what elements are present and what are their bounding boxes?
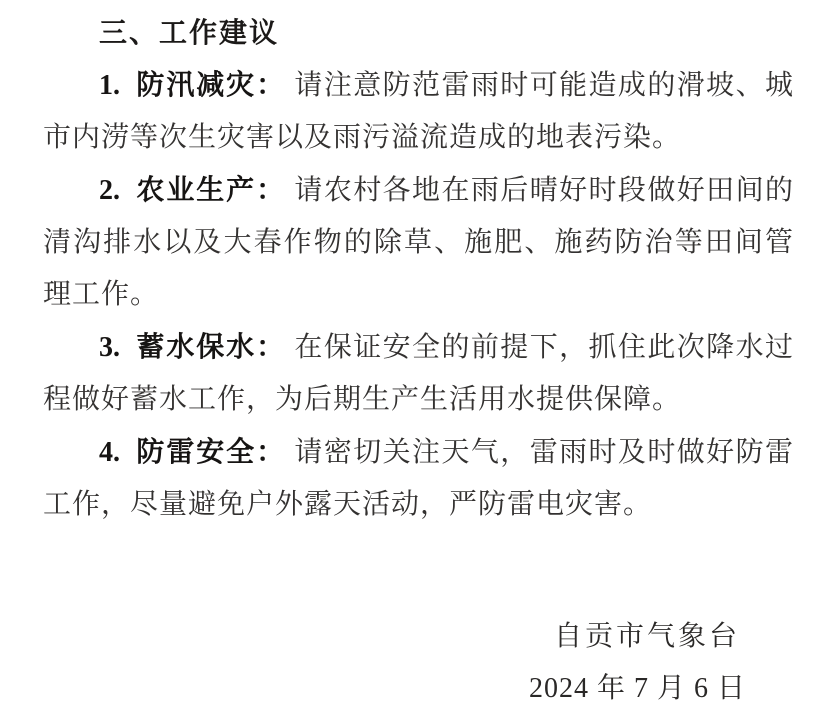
issuing-authority: 自贡市气象台 [43, 611, 794, 663]
signature-block: 自贡市气象台 2024 年 7 月 6 日 [43, 611, 794, 710]
advice-item-agriculture: 2. 农业生产： 请农村各地在雨后晴好时段做好田间的清沟排水以及大春作物的除草、… [43, 164, 794, 321]
item-number: 2. [99, 175, 120, 206]
advice-item-lightning-safety: 4. 防雷安全： 请密切关注天气，雷雨时及时做好防雷工作，尽量避免户外露天活动，… [43, 426, 794, 531]
item-number: 4. [99, 437, 120, 468]
document-page: 三、工作建议 1. 防汛减灾： 请注意防范雷雨时可能造成的滑坡、城市内涝等次生灾… [0, 0, 824, 710]
section-heading: 三、工作建议 [43, 7, 794, 59]
item-label: 防汛减灾： [136, 69, 286, 100]
item-number: 3. [99, 332, 120, 363]
advice-item-water-storage: 3. 蓄水保水： 在保证安全的前提下，抓住此次降水过程做好蓄水工作，为后期生产生… [43, 321, 794, 426]
advice-item-flood-control: 1. 防汛减灾： 请注意防范雷雨时可能造成的滑坡、城市内涝等次生灾害以及雨污溢流… [43, 59, 794, 164]
item-label: 农业生产： [136, 174, 286, 205]
item-label: 防雷安全： [136, 436, 286, 467]
item-label: 蓄水保水： [136, 331, 286, 362]
item-number: 1. [99, 70, 120, 101]
issue-date: 2024 年 7 月 6 日 [43, 663, 794, 710]
